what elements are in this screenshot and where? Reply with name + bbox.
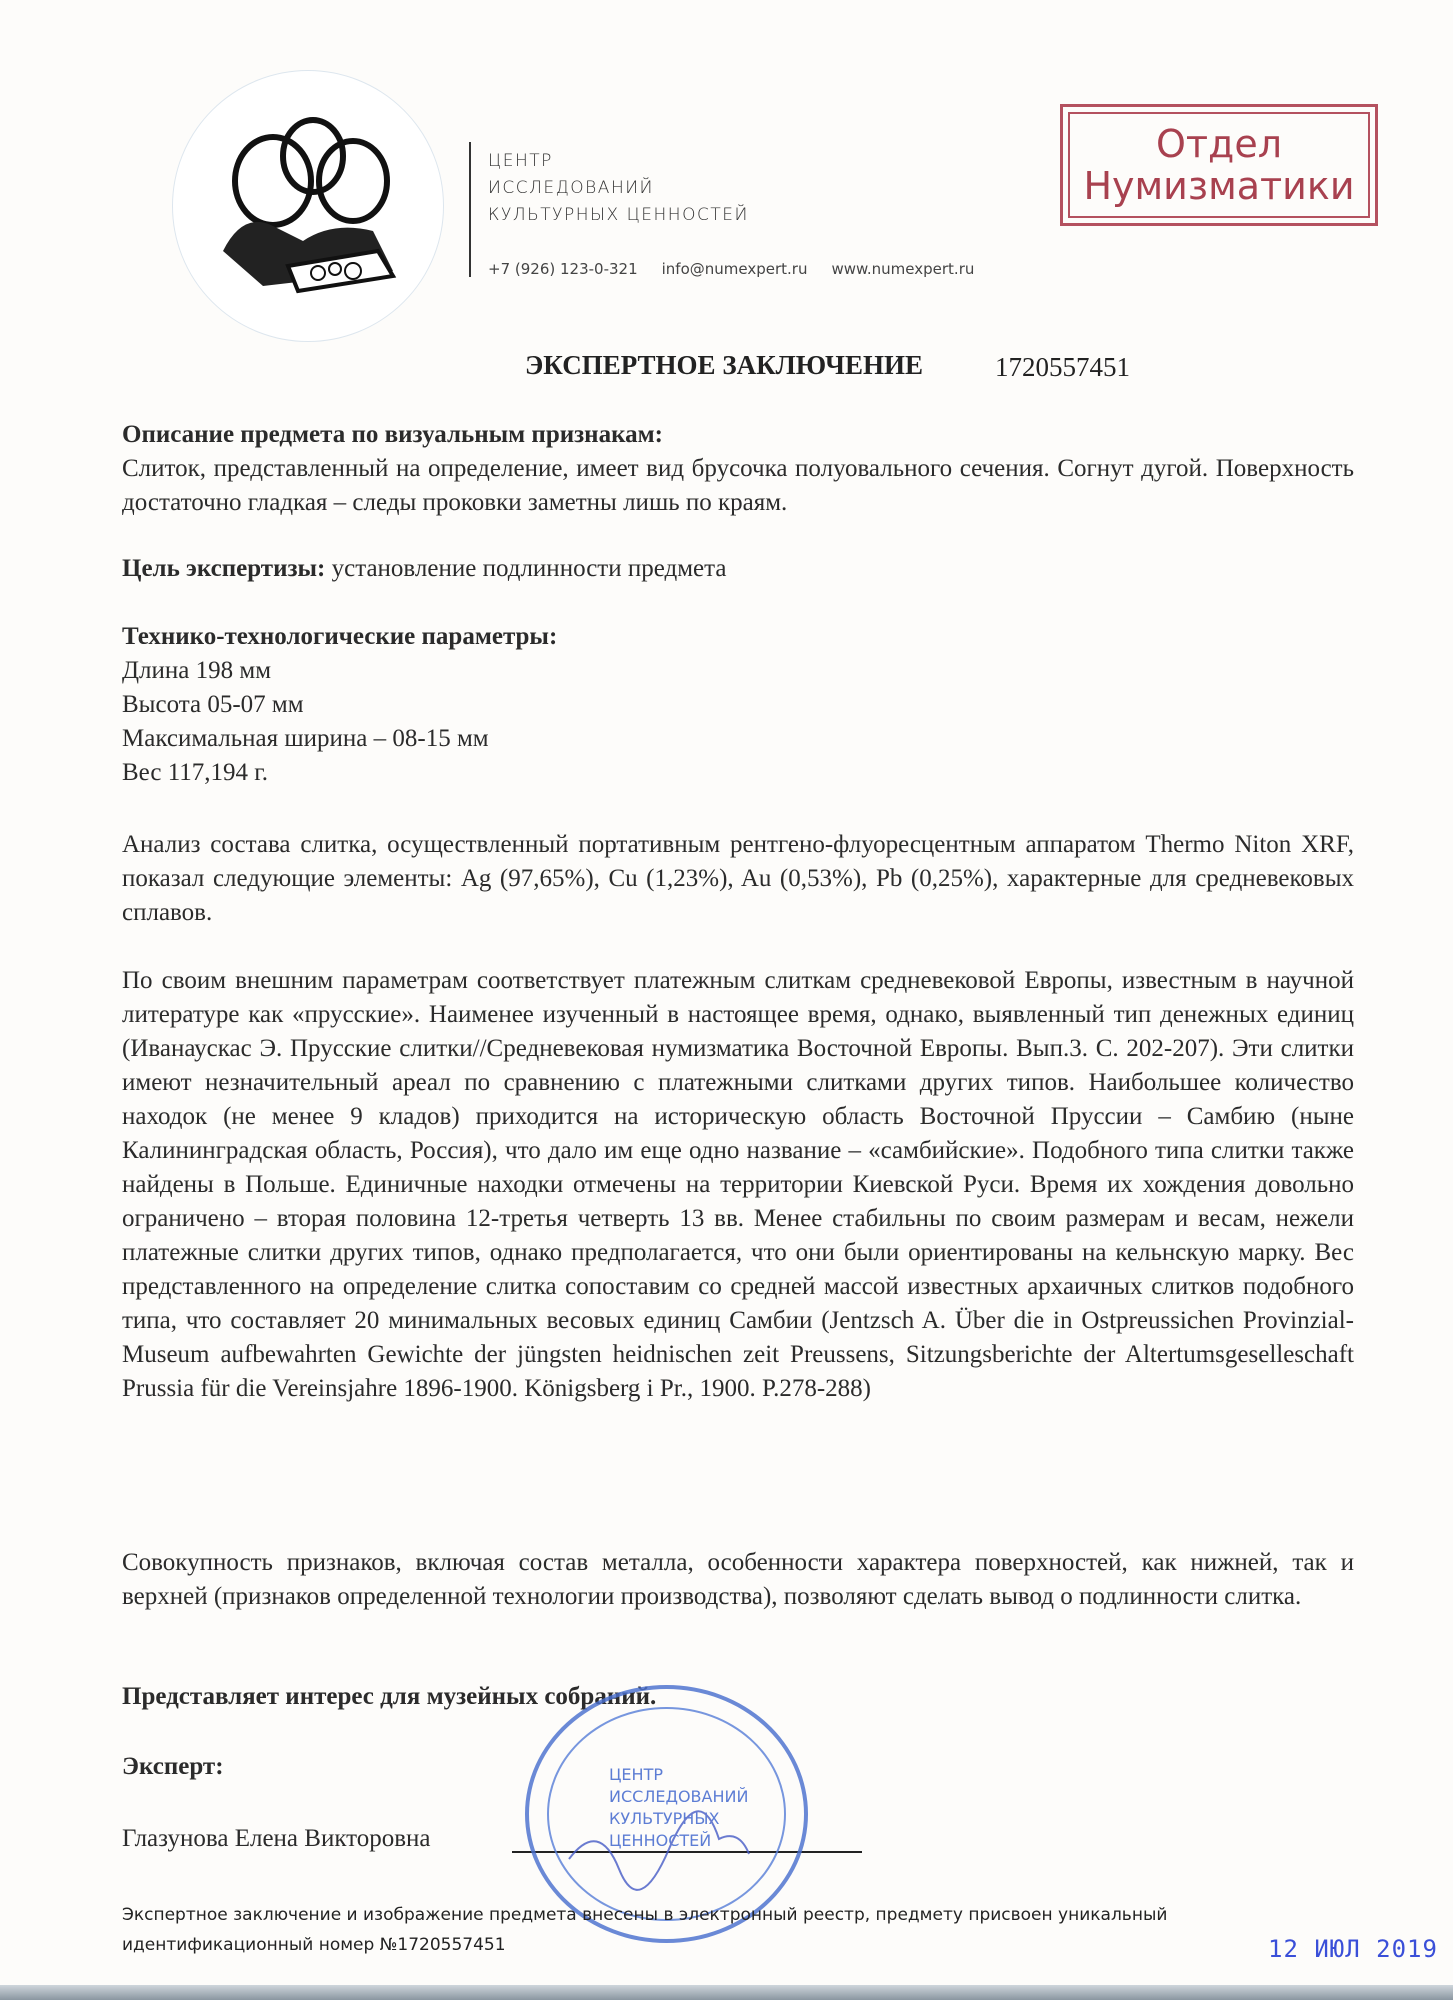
- conclusion-text: Совокупность признаков, включая состав м…: [122, 1546, 1354, 1614]
- goal-label: Цель экспертизы:: [122, 555, 325, 582]
- comparison-text: По своим внешним параметрам соответствуе…: [122, 964, 1354, 1406]
- description-section: Описание предмета по визуальным признака…: [122, 418, 1354, 520]
- parameters-section: Технико-технологические параметры: Длина…: [122, 620, 1354, 790]
- org-name-line: ЦЕНТР: [488, 148, 749, 175]
- section-heading: Описание предмета по визуальным признака…: [122, 418, 1354, 452]
- numismatists-logo-icon: [203, 101, 413, 301]
- document-number: 1720557451: [995, 352, 1130, 383]
- stamp-line: Нумизматики: [1083, 165, 1354, 207]
- parameter-item: Вес 117,194 г.: [122, 756, 1354, 790]
- registry-note: Экспертное заключение и изображение пред…: [122, 1900, 1352, 1960]
- phone: +7 (926) 123-0-321: [488, 260, 638, 278]
- goal-text: установление подлинности предмета: [325, 555, 726, 582]
- stamp-line: Отдел: [1156, 123, 1282, 165]
- org-name-line: ИССЛЕДОВАНИЙ: [488, 175, 749, 202]
- parameter-item: Максимальная ширина – 08-15 мм: [122, 722, 1354, 756]
- contacts: +7 (926) 123-0-321 info@numexpert.ru www…: [488, 260, 974, 278]
- analysis-text: Анализ состава слитка, осуществленный по…: [122, 828, 1354, 930]
- parameter-item: Высота 05-07 мм: [122, 688, 1354, 722]
- parameter-item: Длина 198 мм: [122, 654, 1354, 688]
- goal-section: Цель экспертизы: установление подлинност…: [122, 552, 1354, 586]
- department-stamp: Отдел Нумизматики: [1060, 104, 1378, 226]
- section-heading: Технико-технологические параметры:: [122, 620, 1354, 654]
- description-text: Слиток, представленный на определение, и…: [122, 452, 1354, 520]
- scan-edge: [0, 1985, 1453, 2000]
- document-title: ЭКСПЕРТНОЕ ЗАКЛЮЧЕНИЕ: [525, 350, 923, 381]
- header-divider: [469, 142, 471, 277]
- expert-conclusion-document: ЦЕНТР ИССЛЕДОВАНИЙ КУЛЬТУРНЫХ ЦЕННОСТЕЙ …: [0, 0, 1453, 2000]
- organization-name: ЦЕНТР ИССЛЕДОВАНИЙ КУЛЬТУРНЫХ ЦЕННОСТЕЙ: [488, 148, 749, 229]
- logo: [172, 70, 444, 342]
- org-name-line: КУЛЬТУРНЫХ ЦЕННОСТЕЙ: [488, 202, 749, 229]
- website: www.numexpert.ru: [831, 260, 974, 278]
- date-stamp: 12 ИЮЛ 2019: [1268, 1935, 1438, 1963]
- signature-scribble-icon: [559, 1799, 759, 1899]
- stamp-line: ЦЕНТР: [609, 1764, 748, 1786]
- email: info@numexpert.ru: [662, 260, 808, 278]
